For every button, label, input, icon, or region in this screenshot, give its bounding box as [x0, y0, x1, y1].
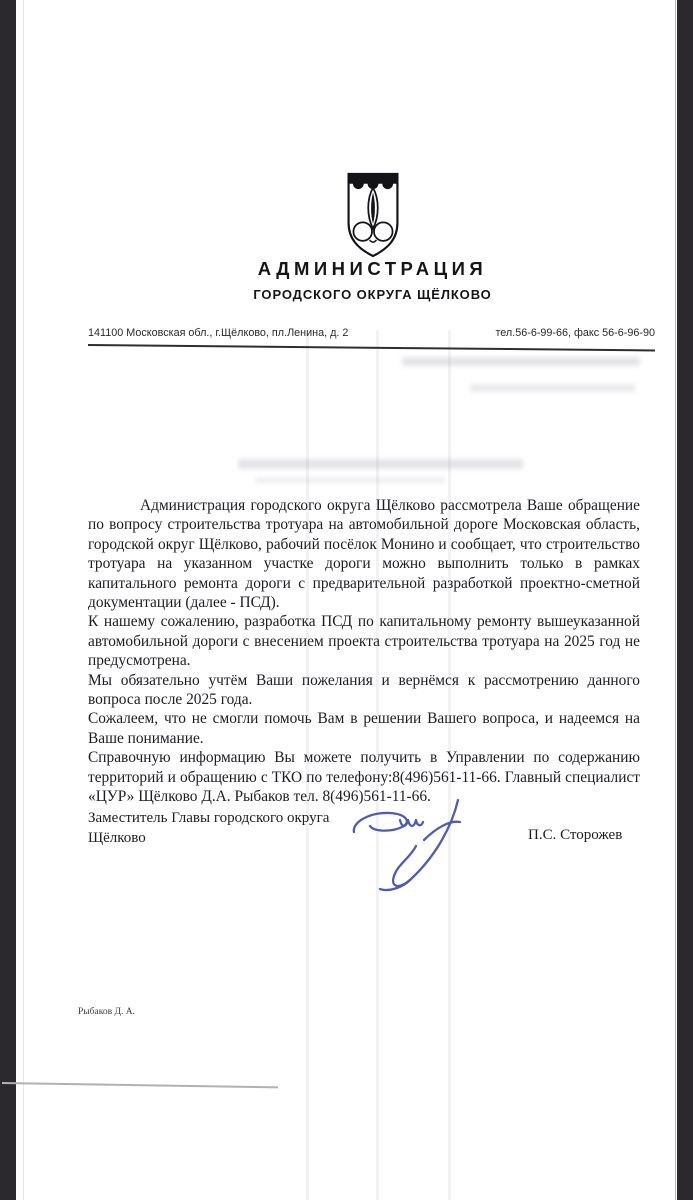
faint-text-smudge: [238, 459, 523, 469]
paragraph: К нашему сожалению, разработка ПСД по ка…: [88, 612, 640, 670]
page-edge-shadow-right: [675, 0, 676, 1200]
signer-name: П.С. Сторожев: [528, 827, 622, 844]
handwritten-signature: [340, 796, 488, 894]
executor-note: Рыбаков Д. А.: [78, 1007, 135, 1017]
letterhead-divider-line: [88, 344, 655, 351]
signer-position-line1: Заместитель Главы городского округа: [88, 809, 329, 829]
org-name-line2: ГОРОДСКОГО ОКРУГА ЩЁЛКОВО: [165, 287, 580, 302]
coat-of-arms-emblem: [343, 172, 403, 258]
letterhead-phone-fax: тел.56-6-99-66, факс 56-6-96-90: [495, 327, 655, 339]
page-edge-shadow-left: [23, 0, 24, 1200]
faint-text-smudge: [470, 384, 635, 392]
paragraph: Мы обязательно учтём Ваши пожелания и ве…: [88, 671, 640, 710]
faint-text-smudge: [255, 477, 445, 483]
letter-body: Администрация городского округа Щёлково …: [88, 496, 640, 807]
left-frame-bar: [0, 0, 16, 1200]
scan-artifact-line: [2, 1082, 278, 1088]
signer-position-line2: Щёлково: [88, 829, 329, 849]
letterhead-contact-row: 141100 Московская обл., г.Щёлково, пл.Ле…: [88, 327, 655, 339]
faint-text-smudge: [402, 357, 640, 366]
letterhead-org-name: АДМИНИСТРАЦИЯ ГОРОДСКОГО ОКРУГА ЩЁЛКОВО: [165, 258, 580, 302]
letterhead-address: 141100 Московская обл., г.Щёлково, пл.Ле…: [88, 327, 348, 339]
paragraph: Администрация городского округа Щёлково …: [88, 496, 640, 612]
right-frame-bar: [677, 0, 693, 1200]
paragraph: Сожалеем, что не смогли помочь Вам в реш…: [88, 709, 640, 748]
signer-position: Заместитель Главы городского округа Щёлк…: [88, 809, 329, 848]
org-name-line1: АДМИНИСТРАЦИЯ: [165, 258, 580, 280]
scanned-letter-page: АДМИНИСТРАЦИЯ ГОРОДСКОГО ОКРУГА ЩЁЛКОВО …: [0, 0, 693, 1200]
